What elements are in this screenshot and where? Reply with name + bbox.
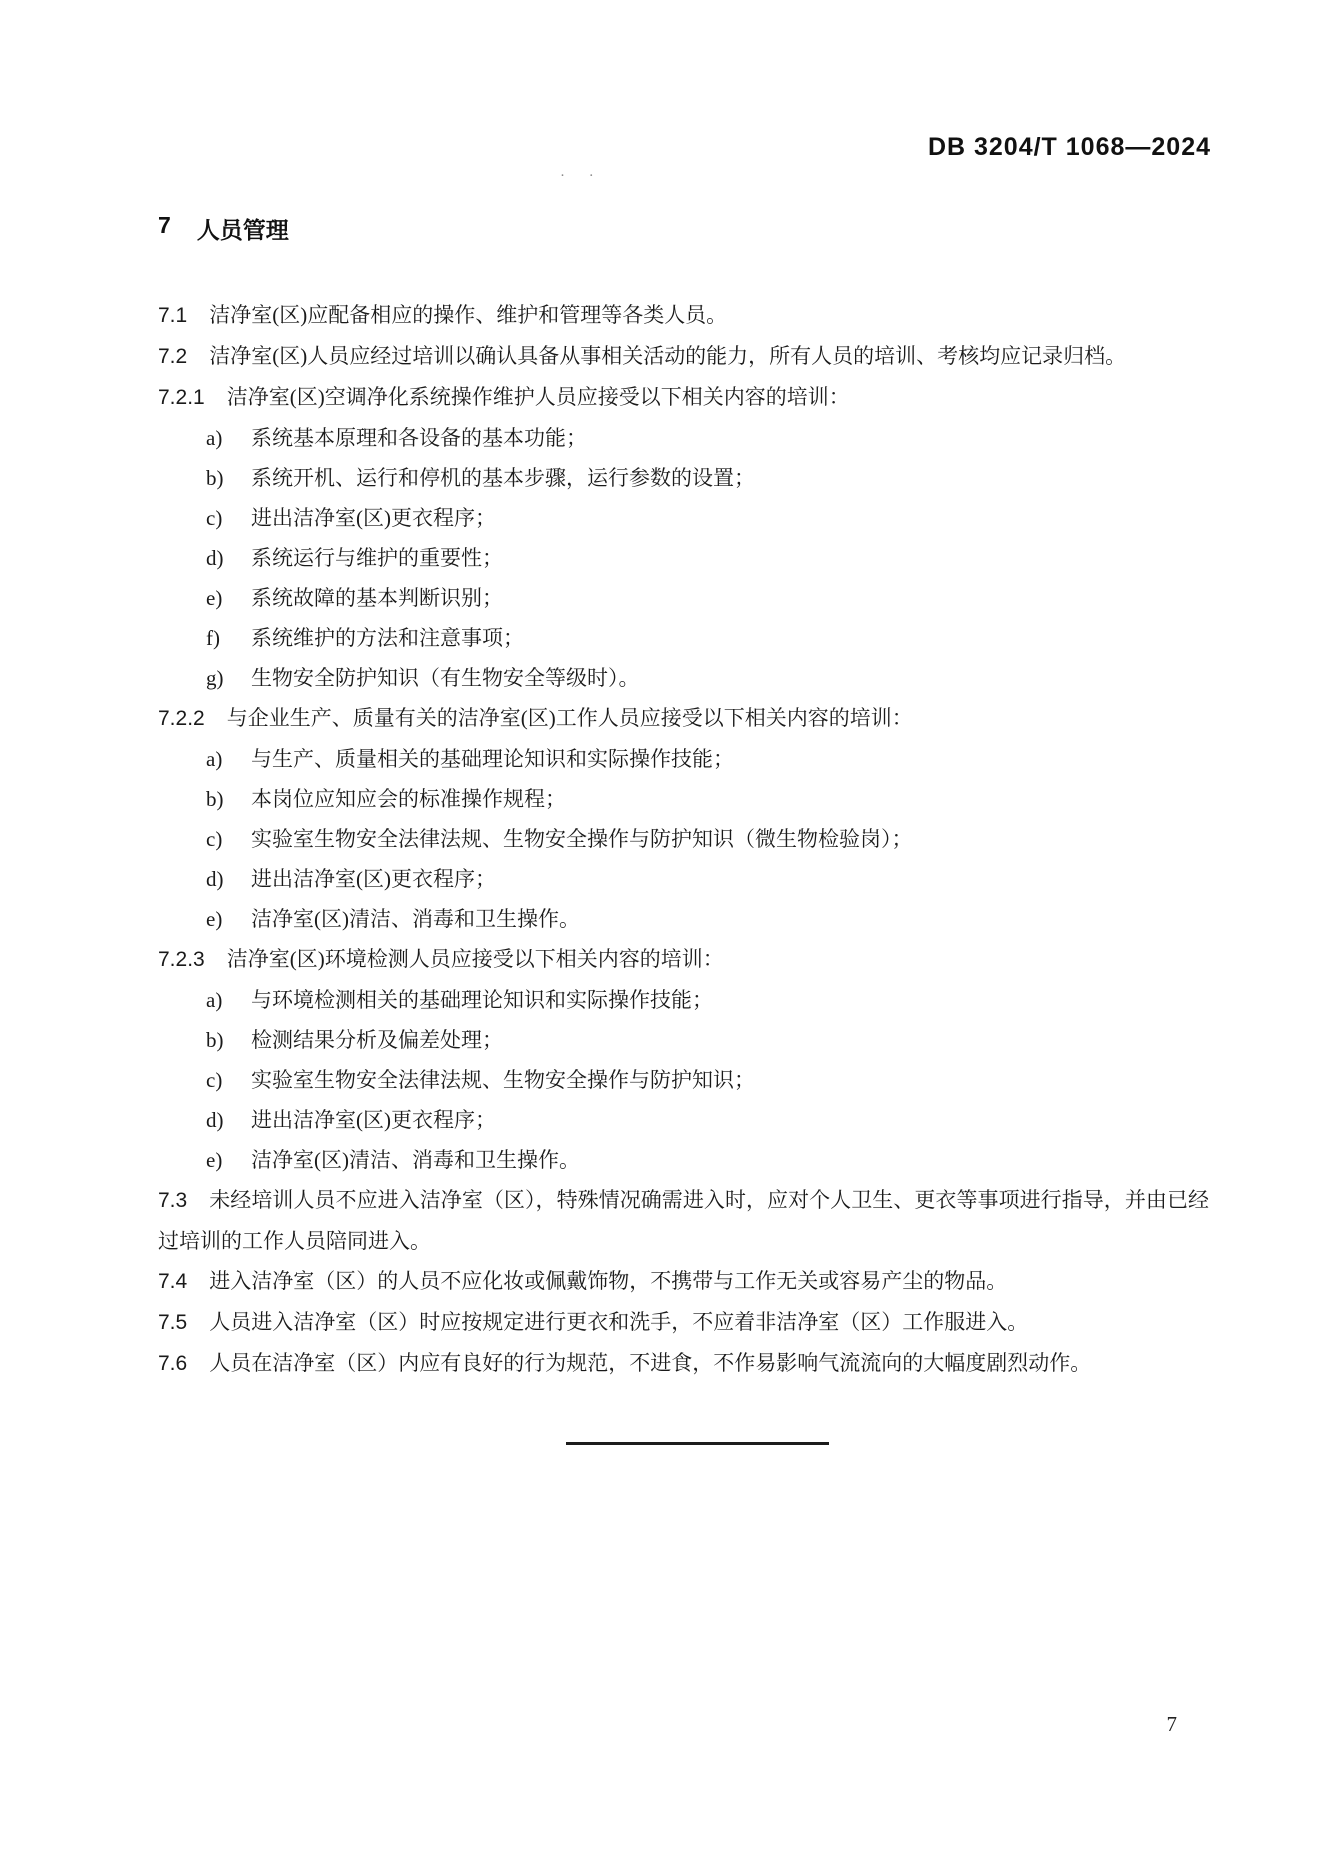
item-label: g) <box>206 658 230 698</box>
clause-number: 7.2 <box>158 345 187 368</box>
item-text: 进出洁净室(区)更衣程序； <box>251 506 496 530</box>
clause: 7.2洁净室(区)人员应经过培训以确认具备从事相关活动的能力，所有人员的培训、考… <box>158 336 1209 377</box>
list-item: a)与生产、质量相关的基础理论知识和实际操作技能； <box>158 739 1209 779</box>
list-item: c)进出洁净室(区)更衣程序； <box>158 498 1209 538</box>
clause-number: 7.2.2 <box>158 707 205 730</box>
clause-text: 洁净室(区)环境检测人员应接受以下相关内容的培训： <box>227 947 724 971</box>
section-title: 人员管理 <box>197 212 289 245</box>
item-text: 洁净室(区)清洁、消毒和卫生操作。 <box>251 1148 580 1172</box>
clause-text: 洁净室(区)应配备相应的操作、维护和管理等各类人员。 <box>209 303 727 327</box>
item-label: a) <box>206 418 230 458</box>
item-label: c) <box>206 498 230 538</box>
item-label: a) <box>206 739 230 779</box>
item-label: b) <box>206 458 230 498</box>
clause-number: 7.1 <box>158 304 187 327</box>
list-item: b)检测结果分析及偏差处理； <box>158 1020 1209 1060</box>
clause-text: 人员在洁净室（区）内应有良好的行为规范，不进食，不作易影响气流流向的大幅度剧烈动… <box>209 1351 1091 1375</box>
item-text: 系统故障的基本判断识别； <box>251 586 503 610</box>
item-label: e) <box>206 899 230 939</box>
clause: 7.5人员进入洁净室（区）时应按规定进行更衣和洗手，不应着非洁净室（区）工作服进… <box>158 1302 1209 1343</box>
item-label: e) <box>206 578 230 618</box>
list-item: a)与环境检测相关的基础理论知识和实际操作技能； <box>158 980 1209 1020</box>
clause-number: 7.3 <box>158 1189 187 1212</box>
clause-text: 洁净室(区)空调净化系统操作维护人员应接受以下相关内容的培训： <box>227 385 850 409</box>
item-label: a) <box>206 980 230 1020</box>
item-text: 进出洁净室(区)更衣程序； <box>251 1108 496 1132</box>
item-label: b) <box>206 779 230 819</box>
list-item: b)系统开机、运行和停机的基本步骤，运行参数的设置； <box>158 458 1209 498</box>
clause-text: 未经培训人员不应进入洁净室（区），特殊情况确需进入时，应对个人卫生、更衣等事项进… <box>158 1188 1209 1253</box>
page-content: 7 人员管理 7.1洁净室(区)应配备相应的操作、维护和管理等各类人员。7.2洁… <box>158 212 1209 1445</box>
clause-number: 7.6 <box>158 1352 187 1375</box>
item-label: e) <box>206 1140 230 1180</box>
end-of-text-rule <box>566 1442 829 1445</box>
clause-number: 7.2.3 <box>158 948 205 971</box>
page-number: 7 <box>1167 1712 1178 1737</box>
item-text: 进出洁净室(区)更衣程序； <box>251 867 496 891</box>
item-label: f) <box>206 618 230 658</box>
clause: 7.2.2与企业生产、质量有关的洁净室(区)工作人员应接受以下相关内容的培训： <box>158 698 1209 739</box>
clause-text: 与企业生产、质量有关的洁净室(区)工作人员应接受以下相关内容的培训： <box>227 706 913 730</box>
scan-artifact-dots: · · <box>560 168 604 185</box>
list-item: d)系统运行与维护的重要性； <box>158 538 1209 578</box>
list-item: c)实验室生物安全法律法规、生物安全操作与防护知识（微生物检验岗）； <box>158 819 1209 859</box>
item-label: d) <box>206 1100 230 1140</box>
clauses-container: 7.1洁净室(区)应配备相应的操作、维护和管理等各类人员。7.2洁净室(区)人员… <box>158 295 1209 1384</box>
clause: 7.3未经培训人员不应进入洁净室（区），特殊情况确需进入时，应对个人卫生、更衣等… <box>158 1180 1209 1261</box>
item-text: 本岗位应知应会的标准操作规程； <box>251 787 566 811</box>
clause-item-list: a)与环境检测相关的基础理论知识和实际操作技能；b)检测结果分析及偏差处理；c)… <box>158 980 1209 1180</box>
list-item: c)实验室生物安全法律法规、生物安全操作与防护知识； <box>158 1060 1209 1100</box>
item-label: d) <box>206 538 230 578</box>
item-text: 与环境检测相关的基础理论知识和实际操作技能； <box>251 988 713 1012</box>
list-item: d)进出洁净室(区)更衣程序； <box>158 1100 1209 1140</box>
clause-text: 人员进入洁净室（区）时应按规定进行更衣和洗手，不应着非洁净室（区）工作服进入。 <box>209 1310 1028 1334</box>
item-text: 系统开机、运行和停机的基本步骤，运行参数的设置； <box>251 466 755 490</box>
list-item: e)洁净室(区)清洁、消毒和卫生操作。 <box>158 899 1209 939</box>
clause: 7.4进入洁净室（区）的人员不应化妆或佩戴饰物，不携带与工作无关或容易产尘的物品… <box>158 1261 1209 1302</box>
section-number: 7 <box>158 212 171 245</box>
item-label: c) <box>206 1060 230 1100</box>
section-heading: 7 人员管理 <box>158 212 1209 245</box>
item-text: 检测结果分析及偏差处理； <box>251 1028 503 1052</box>
list-item: a)系统基本原理和各设备的基本功能； <box>158 418 1209 458</box>
list-item: f)系统维护的方法和注意事项； <box>158 618 1209 658</box>
item-text: 生物安全防护知识（有生物安全等级时）。 <box>251 666 640 690</box>
clause-item-list: a)与生产、质量相关的基础理论知识和实际操作技能；b)本岗位应知应会的标准操作规… <box>158 739 1209 939</box>
item-text: 实验室生物安全法律法规、生物安全操作与防护知识（微生物检验岗）； <box>251 827 913 851</box>
item-text: 洁净室(区)清洁、消毒和卫生操作。 <box>251 907 580 931</box>
clause: 7.1洁净室(区)应配备相应的操作、维护和管理等各类人员。 <box>158 295 1209 336</box>
item-label: b) <box>206 1020 230 1060</box>
clause-number: 7.5 <box>158 1311 187 1334</box>
doc-number: DB 3204/T 1068—2024 <box>928 133 1211 162</box>
clause-number: 7.2.1 <box>158 386 205 409</box>
list-item: g)生物安全防护知识（有生物安全等级时）。 <box>158 658 1209 698</box>
item-label: d) <box>206 859 230 899</box>
clause: 7.2.1洁净室(区)空调净化系统操作维护人员应接受以下相关内容的培训： <box>158 377 1209 418</box>
list-item: e)洁净室(区)清洁、消毒和卫生操作。 <box>158 1140 1209 1180</box>
clause-text: 进入洁净室（区）的人员不应化妆或佩戴饰物，不携带与工作无关或容易产尘的物品。 <box>209 1269 1007 1293</box>
clause: 7.6人员在洁净室（区）内应有良好的行为规范，不进食，不作易影响气流流向的大幅度… <box>158 1343 1209 1384</box>
list-item: e)系统故障的基本判断识别； <box>158 578 1209 618</box>
clause-number: 7.4 <box>158 1270 187 1293</box>
item-text: 与生产、质量相关的基础理论知识和实际操作技能； <box>251 747 734 771</box>
document-page: DB 3204/T 1068—2024 · · 7 人员管理 7.1洁净室(区)… <box>0 0 1323 1871</box>
clause-item-list: a)系统基本原理和各设备的基本功能；b)系统开机、运行和停机的基本步骤，运行参数… <box>158 418 1209 698</box>
item-text: 系统运行与维护的重要性； <box>251 546 503 570</box>
item-label: c) <box>206 819 230 859</box>
list-item: b)本岗位应知应会的标准操作规程； <box>158 779 1209 819</box>
item-text: 系统维护的方法和注意事项； <box>251 626 524 650</box>
item-text: 系统基本原理和各设备的基本功能； <box>251 426 587 450</box>
item-text: 实验室生物安全法律法规、生物安全操作与防护知识； <box>251 1068 755 1092</box>
clause-text: 洁净室(区)人员应经过培训以确认具备从事相关活动的能力，所有人员的培训、考核均应… <box>209 344 1126 368</box>
list-item: d)进出洁净室(区)更衣程序； <box>158 859 1209 899</box>
clause: 7.2.3洁净室(区)环境检测人员应接受以下相关内容的培训： <box>158 939 1209 980</box>
